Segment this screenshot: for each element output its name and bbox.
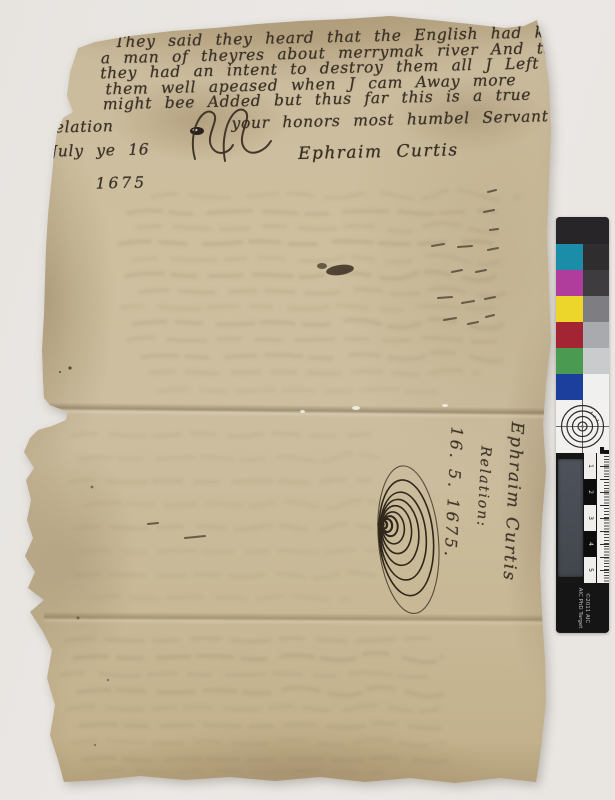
fold-crease-upper	[38, 402, 548, 419]
crease-glint	[300, 410, 305, 413]
ruler-number-column: 1 2 3 4 5	[584, 453, 596, 583]
patch-row	[556, 244, 609, 270]
photograph-of-manuscript: 2/7 They said they heard that the Englis…	[0, 0, 615, 800]
ruler-block: 3	[584, 505, 596, 531]
color-patch-magenta	[556, 270, 583, 296]
gray-reference-patch	[558, 459, 583, 577]
gray-patch	[583, 244, 609, 270]
gray-patch	[583, 270, 609, 296]
bullseye-graphic	[556, 400, 609, 453]
signature: Ephraim Curtis	[298, 143, 459, 162]
color-patch-cyan	[556, 244, 583, 270]
bullseye-target	[556, 400, 609, 453]
target-label-line2: ©2011 AIC	[583, 587, 590, 628]
color-calibration-target: 1 2 3 4 5 AIC PhD Target ©2011 AIC	[556, 217, 609, 633]
crease-glint	[352, 406, 360, 410]
crease-glint	[442, 404, 448, 407]
year-line: 1675	[44, 166, 552, 193]
fold-crease-lower	[44, 612, 544, 627]
white-patch	[583, 374, 609, 400]
color-patch-blue	[556, 374, 583, 400]
target-label-line1: AIC PhD Target	[576, 587, 583, 628]
page-number: 2/7	[41, 10, 83, 35]
letter-text: They said they heard that the English ha…	[40, 20, 552, 192]
gray-patch	[583, 322, 609, 348]
closing-word: Relation	[42, 117, 114, 137]
color-patch-green	[556, 348, 583, 374]
patch-row	[556, 296, 609, 322]
gray-patch	[583, 348, 609, 374]
ruler-block: 1	[584, 453, 596, 479]
color-patch-yellow	[556, 296, 583, 322]
paper-sheet: 2/7 They said they heard that the Englis…	[0, 0, 615, 800]
ruler-section: 1 2 3 4 5	[556, 453, 609, 583]
target-label-block: AIC PhD Target ©2011 AIC	[556, 583, 609, 632]
target-label-text: AIC PhD Target ©2011 AIC	[576, 587, 590, 628]
gray-patch	[583, 296, 609, 322]
date-line: July ye 16	[43, 133, 551, 160]
color-patch	[556, 217, 609, 244]
ruler-block: 2	[584, 479, 596, 505]
endorsement-text: Ephraim Curtis Relation: 16. 5. 1675.	[432, 418, 532, 612]
closing-rest: your honors most humbel Servant	[231, 107, 549, 132]
manuscript-paper: 2/7 They said they heard that the Englis…	[0, 0, 615, 800]
ink-flourish-spiral	[370, 458, 442, 618]
patch-row	[556, 322, 609, 348]
ruler-ticks	[597, 453, 609, 583]
patch-row	[556, 374, 609, 400]
ruler-block: 5	[584, 557, 596, 583]
patch-row	[556, 270, 609, 296]
patch-row	[556, 348, 609, 374]
patch-row	[556, 217, 609, 244]
color-patch-red	[556, 322, 583, 348]
ruler-block: 4	[584, 531, 596, 557]
